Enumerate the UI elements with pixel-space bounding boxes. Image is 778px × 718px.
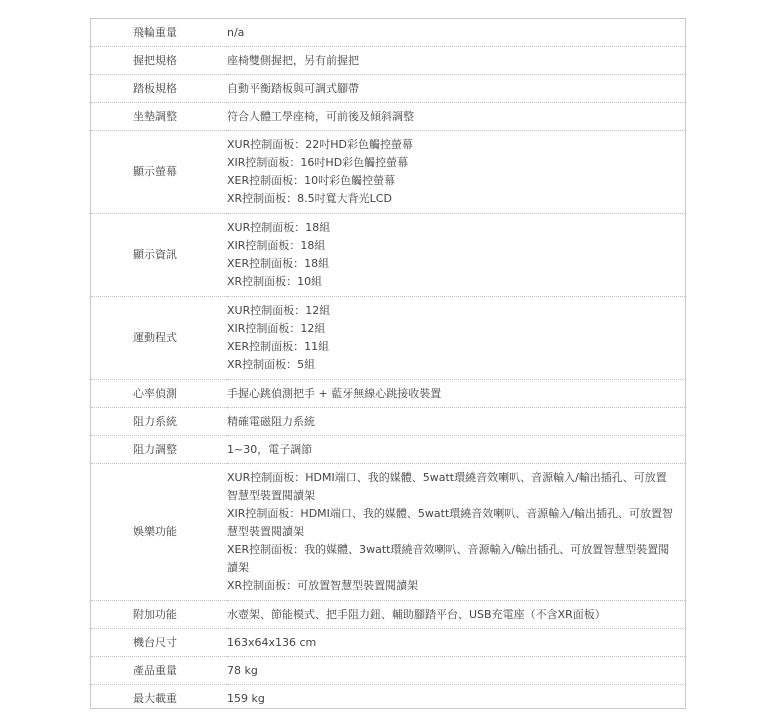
- spec-value-line: XR控制面板：5組: [227, 356, 675, 374]
- spec-row-pedal: 踏板規格 自動平衡踏板與可調式腳帶: [91, 75, 685, 103]
- spec-value-line: 符合人體工學座椅，可前後及傾斜調整: [227, 108, 675, 126]
- spec-label: 握把規格: [91, 47, 227, 75]
- spec-value-line: XR控制面板：8.5吋寬大背光LCD: [227, 190, 675, 208]
- spec-row-workout-programs: 運動程式 XUR控制面板：12組 XIR控制面板：12組 XER控制面板：11組…: [91, 297, 685, 380]
- spec-row-resistance-adjust: 阻力調整 1~30，電子調節: [91, 436, 685, 464]
- spec-value: 手握心跳偵測把手 + 藍牙無線心跳接收裝置: [227, 380, 685, 408]
- spec-row-display-screen: 顯示螢幕 XUR控制面板：22吋HD彩色觸控螢幕 XIR控制面板：16吋HD彩色…: [91, 131, 685, 214]
- spec-label: 顯示螢幕: [91, 131, 227, 214]
- spec-value: 1~30，電子調節: [227, 436, 685, 464]
- spec-value-line: 水壺架、節能模式、把手阻力鈕、輔助腳踏平台、USB充電座（不含XR面板）: [227, 606, 675, 624]
- spec-value-line: 78 kg: [227, 662, 675, 680]
- spec-value-line: XIR控制面板：16吋HD彩色觸控螢幕: [227, 154, 675, 172]
- spec-row-grip: 握把規格 座椅雙側握把，另有前握把: [91, 47, 685, 75]
- spec-value-line: 1~30，電子調節: [227, 441, 675, 459]
- spec-label: 阻力系統: [91, 408, 227, 436]
- spec-value-line: XUR控制面板：12組: [227, 302, 675, 320]
- spec-row-dimensions: 機台尺寸 163x64x136 cm: [91, 629, 685, 657]
- spec-value-line: n/a: [227, 24, 675, 42]
- spec-value: 159 kg: [227, 685, 685, 713]
- spec-value-line: 163x64x136 cm: [227, 634, 675, 652]
- spec-row-display-info: 顯示資訊 XUR控制面板：18組 XIR控制面板：18組 XER控制面板：18組…: [91, 214, 685, 297]
- spec-value-line: XIR控制面板：HDMI端口、我的媒體、5watt環繞音效喇叭、音源輸入/輸出插…: [227, 505, 675, 541]
- spec-label: 坐墊調整: [91, 103, 227, 131]
- spec-row-entertainment: 娛樂功能 XUR控制面板：HDMI端口、我的媒體、5watt環繞音效喇叭、音源輸…: [91, 464, 685, 601]
- spec-value: n/a: [227, 19, 685, 47]
- spec-label: 娛樂功能: [91, 464, 227, 601]
- spec-value-line: XER控制面板：18組: [227, 255, 675, 273]
- spec-value: XUR控制面板：12組 XIR控制面板：12組 XER控制面板：11組 XR控制…: [227, 297, 685, 380]
- spec-value-line: 手握心跳偵測把手 + 藍牙無線心跳接收裝置: [227, 385, 675, 403]
- spec-row-heart-rate: 心率偵測 手握心跳偵測把手 + 藍牙無線心跳接收裝置: [91, 380, 685, 408]
- spec-label: 踏板規格: [91, 75, 227, 103]
- spec-value: 水壺架、節能模式、把手阻力鈕、輔助腳踏平台、USB充電座（不含XR面板）: [227, 601, 685, 629]
- spec-value-line: XER控制面板：10吋彩色觸控螢幕: [227, 172, 675, 190]
- spec-row-extra-features: 附加功能 水壺架、節能模式、把手阻力鈕、輔助腳踏平台、USB充電座（不含XR面板…: [91, 601, 685, 629]
- spec-label: 顯示資訊: [91, 214, 227, 297]
- spec-table-container: 飛輪重量 n/a 握把規格 座椅雙側握把，另有前握把 踏板規格 自動平衡踏板與可…: [90, 18, 686, 709]
- spec-label: 機台尺寸: [91, 629, 227, 657]
- spec-label: 運動程式: [91, 297, 227, 380]
- spec-row-max-load: 最大載重 159 kg: [91, 685, 685, 713]
- spec-label: 產品重量: [91, 657, 227, 685]
- spec-value: 符合人體工學座椅，可前後及傾斜調整: [227, 103, 685, 131]
- spec-value-line: XUR控制面板：18組: [227, 219, 675, 237]
- spec-value-line: XR控制面板：可放置智慧型裝置閱讀架: [227, 577, 675, 595]
- spec-label: 心率偵測: [91, 380, 227, 408]
- spec-value: XUR控制面板：HDMI端口、我的媒體、5watt環繞音效喇叭、音源輸入/輸出插…: [227, 464, 685, 601]
- spec-value: 78 kg: [227, 657, 685, 685]
- spec-label: 附加功能: [91, 601, 227, 629]
- spec-value: 精確電磁阻力系統: [227, 408, 685, 436]
- spec-value-line: XER控制面板：11組: [227, 338, 675, 356]
- spec-value-line: 精確電磁阻力系統: [227, 413, 675, 431]
- spec-value-line: XIR控制面板：12組: [227, 320, 675, 338]
- spec-value: XUR控制面板：22吋HD彩色觸控螢幕 XIR控制面板：16吋HD彩色觸控螢幕 …: [227, 131, 685, 214]
- spec-value-line: XUR控制面板：HDMI端口、我的媒體、5watt環繞音效喇叭、音源輸入/輸出插…: [227, 469, 675, 505]
- spec-label: 飛輪重量: [91, 19, 227, 47]
- spec-row-resistance-system: 阻力系統 精確電磁阻力系統: [91, 408, 685, 436]
- spec-table: 飛輪重量 n/a 握把規格 座椅雙側握把，另有前握把 踏板規格 自動平衡踏板與可…: [91, 19, 685, 712]
- spec-value-line: XER控制面板：我的媒體、3watt環繞音效喇叭、音源輸入/輸出插孔、可放置智慧…: [227, 541, 675, 577]
- spec-row-seat-adjust: 坐墊調整 符合人體工學座椅，可前後及傾斜調整: [91, 103, 685, 131]
- spec-value-line: 座椅雙側握把，另有前握把: [227, 52, 675, 70]
- spec-value: XUR控制面板：18組 XIR控制面板：18組 XER控制面板：18組 XR控制…: [227, 214, 685, 297]
- spec-value-line: 159 kg: [227, 690, 675, 708]
- spec-value-line: XUR控制面板：22吋HD彩色觸控螢幕: [227, 136, 675, 154]
- spec-row-product-weight: 產品重量 78 kg: [91, 657, 685, 685]
- spec-value-line: XR控制面板：10組: [227, 273, 675, 291]
- spec-row-flywheel-weight: 飛輪重量 n/a: [91, 19, 685, 47]
- spec-value: 座椅雙側握把，另有前握把: [227, 47, 685, 75]
- spec-label: 阻力調整: [91, 436, 227, 464]
- spec-label: 最大載重: [91, 685, 227, 713]
- spec-value: 163x64x136 cm: [227, 629, 685, 657]
- spec-value: 自動平衡踏板與可調式腳帶: [227, 75, 685, 103]
- spec-value-line: 自動平衡踏板與可調式腳帶: [227, 80, 675, 98]
- spec-value-line: XIR控制面板：18組: [227, 237, 675, 255]
